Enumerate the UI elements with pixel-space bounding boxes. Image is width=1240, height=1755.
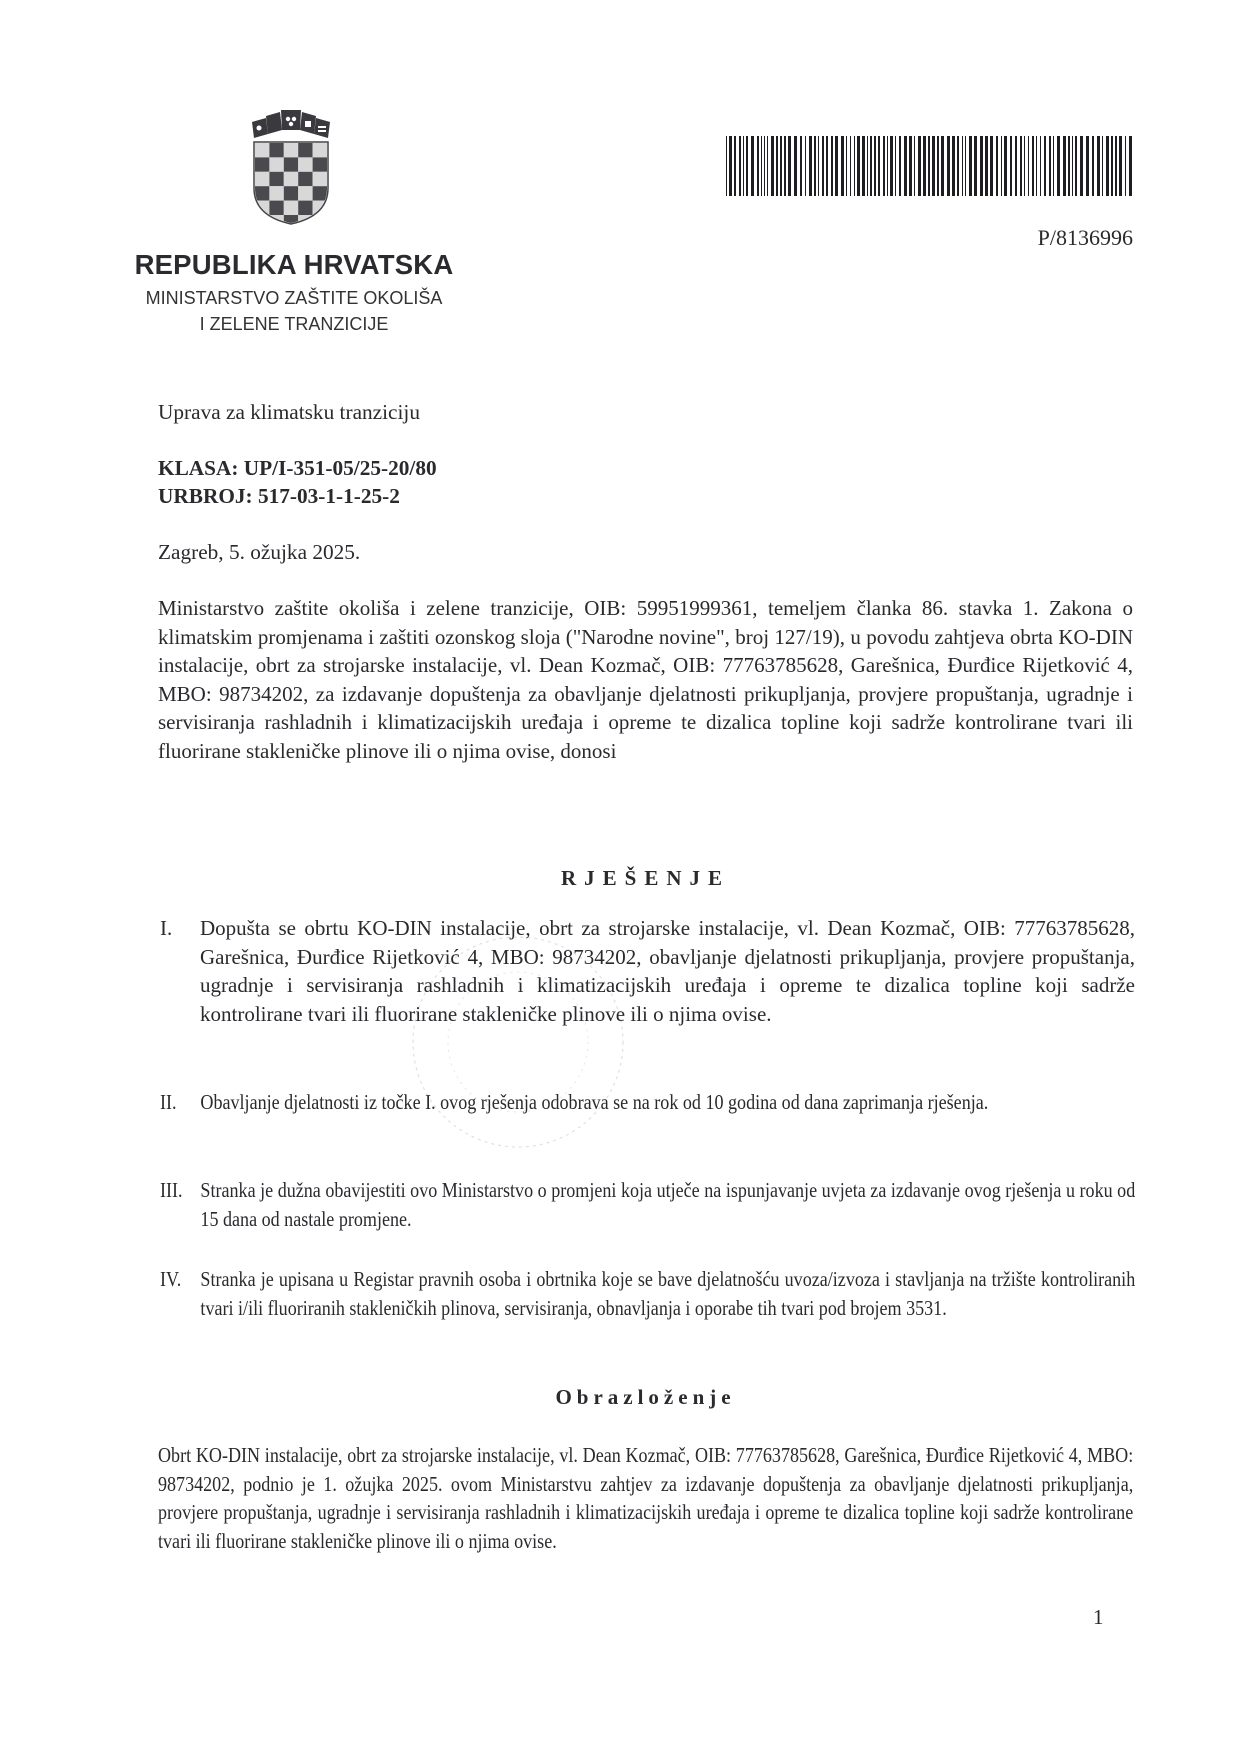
item-text: Stranka je upisana u Registar pravnih os… xyxy=(200,1265,1135,1322)
item-text: Stranka je dužna obavijestiti ovo Minist… xyxy=(200,1176,1135,1233)
klasa: KLASA: UP/I-351-05/25-20/80 xyxy=(158,456,437,481)
ministry-name-line2: I ZELENE TRANZICIJE xyxy=(118,314,470,335)
decision-item: III. Stranka je dužna obavijestiti ovo M… xyxy=(160,1176,1135,1233)
croatian-coat-of-arms-icon xyxy=(248,108,334,226)
decision-item: I. Dopušta se obrtu KO-DIN instalacije, … xyxy=(160,914,1135,1028)
intro-paragraph: Ministarstvo zaštite okoliša i zelene tr… xyxy=(158,594,1133,766)
item-number: I. xyxy=(160,914,172,943)
reasoning-paragraph: Obrt KO-DIN instalacije, obrt za strojar… xyxy=(158,1441,1133,1555)
page-number: 1 xyxy=(1093,1605,1104,1630)
document-number: P/8136996 xyxy=(1038,225,1133,251)
item-text: Obavljanje djelatnosti iz točke I. ovog … xyxy=(200,1088,1135,1117)
decision-heading: RJEŠENJE xyxy=(158,866,1133,891)
ministry-name-line1: MINISTARSTVO ZAŠTITE OKOLIŠA xyxy=(118,288,470,309)
decision-item: II. Obavljanje djelatnosti iz točke I. o… xyxy=(160,1088,1135,1117)
place-date: Zagreb, 5. ožujka 2025. xyxy=(158,540,360,565)
urbroj: URBROJ: 517-03-1-1-25-2 xyxy=(158,484,400,509)
reasoning-heading: Obrazloženje xyxy=(158,1385,1133,1410)
item-text: Dopušta se obrtu KO-DIN instalacije, obr… xyxy=(200,914,1135,1028)
item-number: III. xyxy=(160,1176,183,1205)
country-title: REPUBLIKA HRVATSKA xyxy=(118,249,470,281)
barcode-icon xyxy=(726,136,1134,196)
decision-item: IV. Stranka je upisana u Registar pravni… xyxy=(160,1265,1135,1322)
department-name: Uprava za klimatsku tranziciju xyxy=(158,400,420,425)
item-number: IV. xyxy=(160,1265,181,1294)
item-number: II. xyxy=(160,1088,177,1117)
